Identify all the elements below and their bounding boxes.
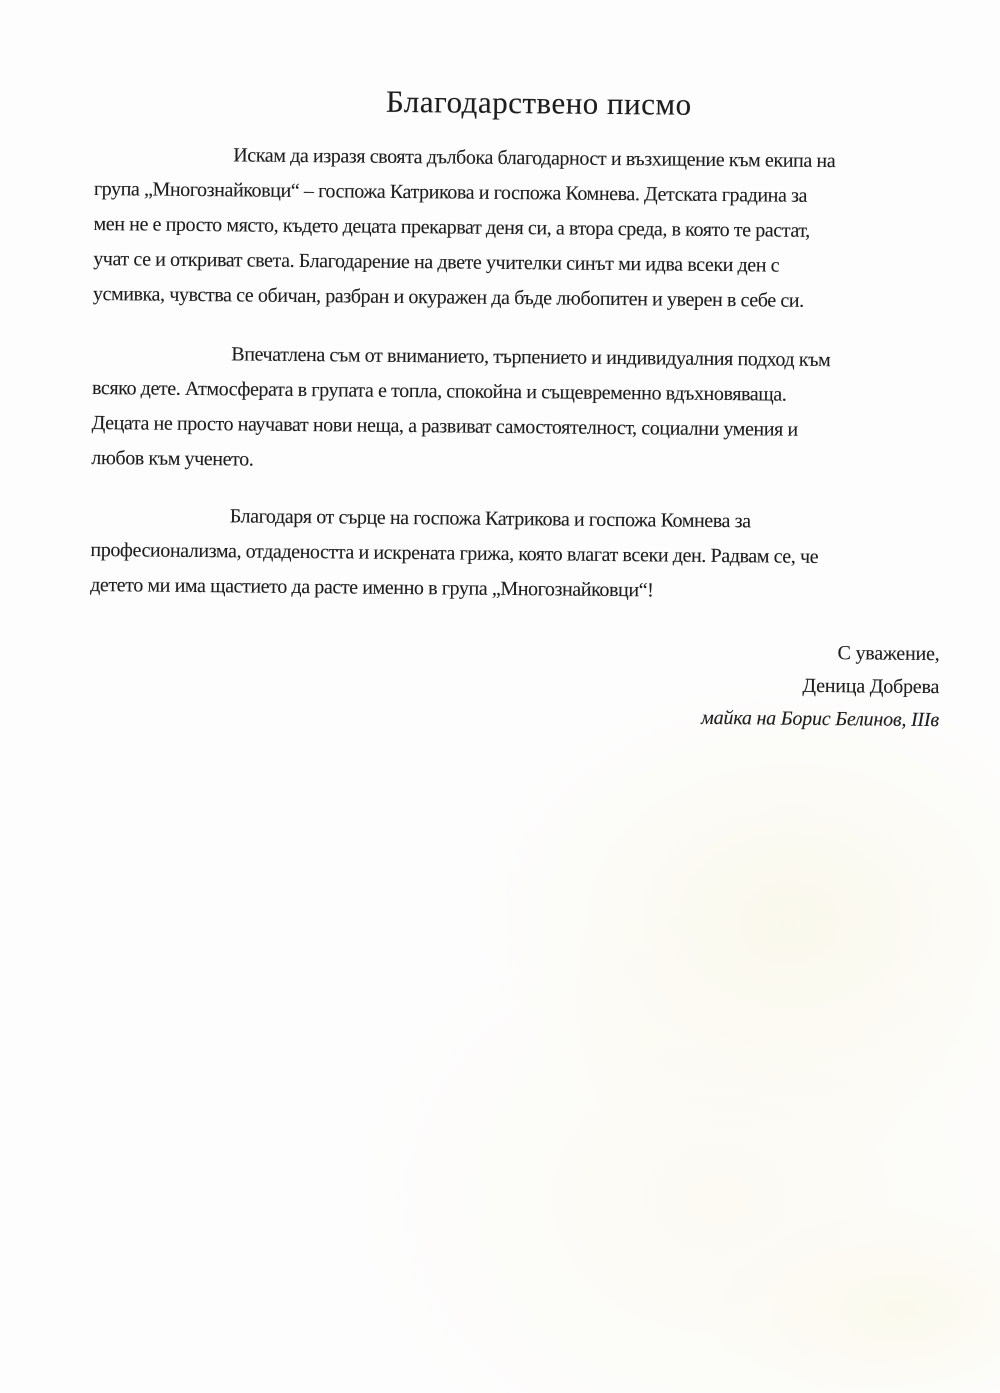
- letter-paragraph-3: Благодаря от сърце на госпожа Катрикова …: [90, 498, 943, 611]
- letter-paragraph-2: Впечатлена съм от вниманието, търпението…: [91, 336, 944, 484]
- signature-block: С уважение, Деница Добрева майка на Бори…: [89, 630, 942, 737]
- letter-line: усмивка, чувства се обичан, разбран и ок…: [93, 277, 945, 320]
- document-page: Благодарствено писмо Искам да изразя сво…: [0, 0, 1000, 1393]
- letter-paragraph-1: Искам да изразя своята дълбока благодарн…: [93, 137, 947, 320]
- letter-title: Благодарствено писмо: [113, 78, 965, 128]
- letter-line: любов към ученето.: [91, 441, 943, 484]
- letter-content: Благодарствено писмо Искам да изразя сво…: [89, 78, 947, 737]
- signature-role: майка на Борис Белинов, IIIв: [89, 696, 939, 737]
